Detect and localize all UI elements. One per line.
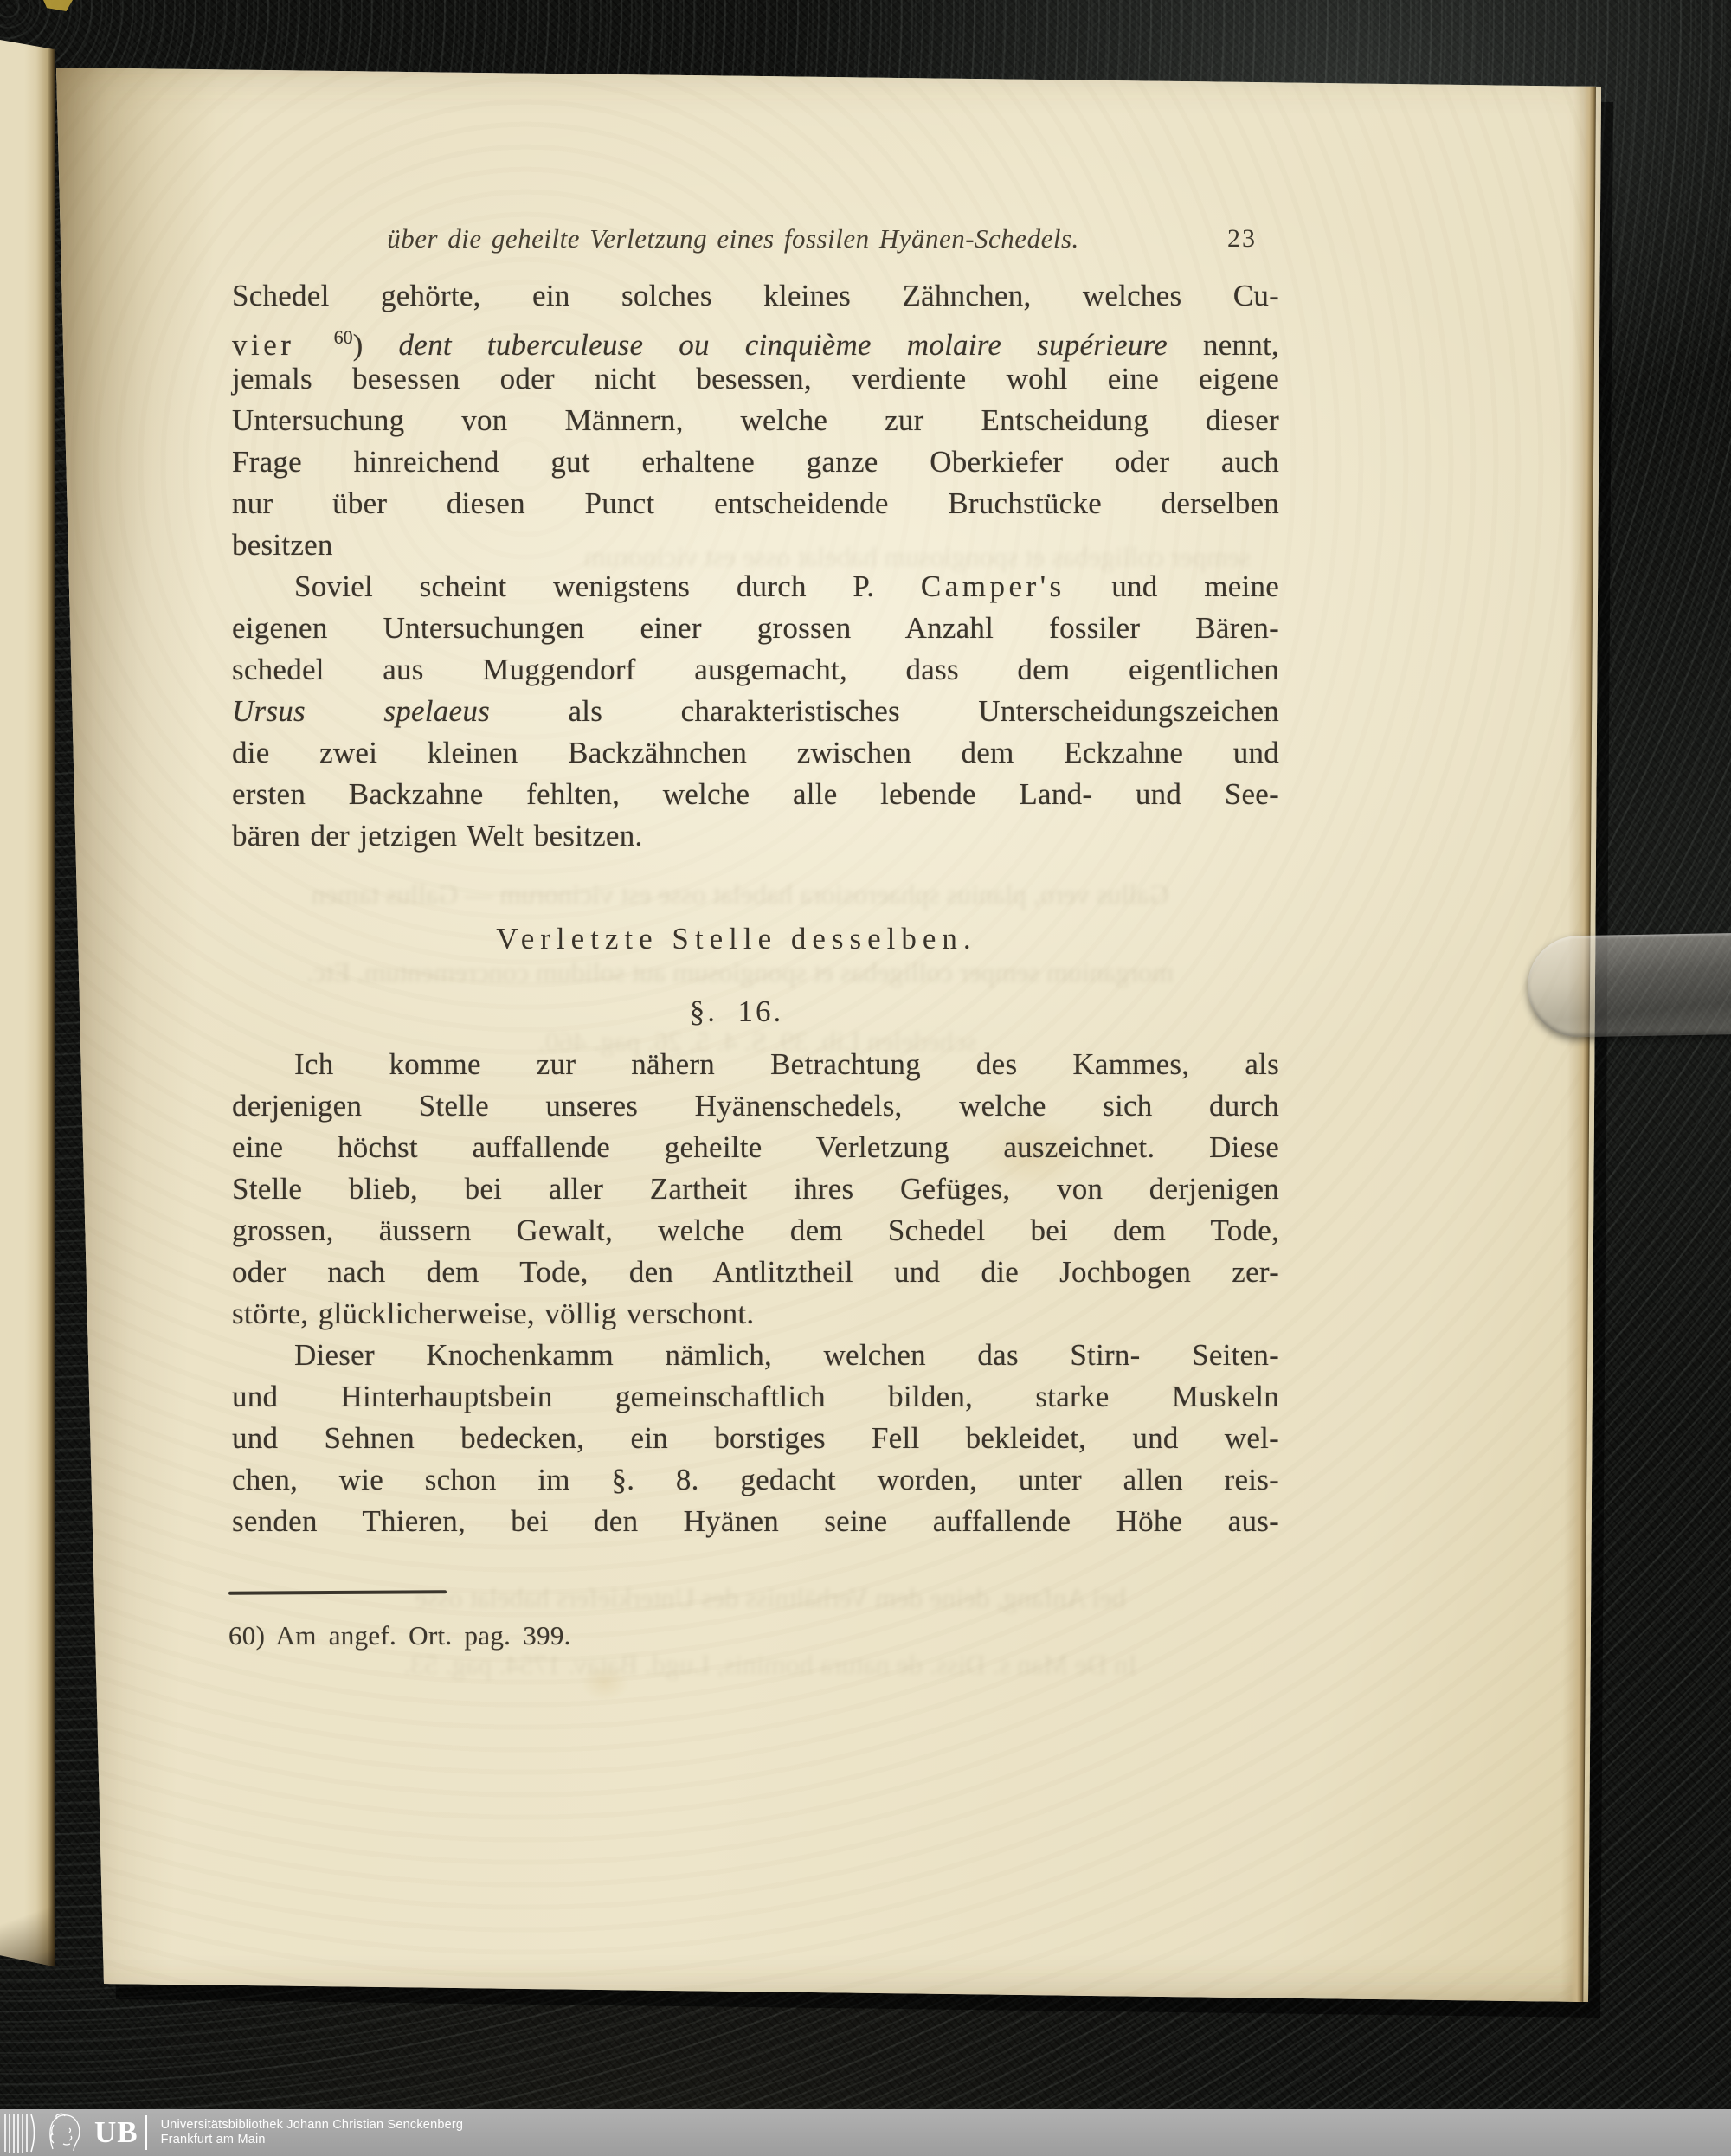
text-line: störte, glücklicherweise, völlig verscho… xyxy=(232,1293,1279,1335)
text-line: die zwei kleinen Backzähnchen zwischen d… xyxy=(232,732,1279,774)
text-line: Soviel scheint wenigstens durch P. Campe… xyxy=(232,566,1279,608)
text-line: Stelle blieb, bei aller Zartheit ihres G… xyxy=(232,1168,1279,1210)
section-heading: Verletzte Stelle desselben. xyxy=(213,918,1260,960)
running-header: über die geheilte Verletzung eines fossi… xyxy=(232,222,1279,256)
text-line: eine höchst auffallende geheilte Verletz… xyxy=(232,1127,1279,1168)
text-line: grossen, äussern Gewalt, welche dem Sche… xyxy=(232,1210,1279,1252)
library-name-line2: Frankfurt am Main xyxy=(161,2133,464,2147)
text-line: jemals besessen oder nicht besessen, ver… xyxy=(232,358,1279,400)
text-line: schedel aus Muggendorf ausgemacht, dass … xyxy=(232,649,1279,691)
bookmark-clip xyxy=(1527,933,1731,1038)
facing-page-edge xyxy=(0,40,55,1979)
book-page: semper colligebas et spongiosum habelat … xyxy=(35,52,1618,2017)
text-line: derjenigen Stelle unseres Hyänenschedels… xyxy=(232,1085,1279,1127)
paragraph: Ich komme zur nähern Betrachtung des Kam… xyxy=(232,1044,1279,1335)
text-line: Ursus spelaeus als charakteristisches Un… xyxy=(232,691,1279,732)
text-line: nur über diesen Punct entscheidende Bruc… xyxy=(232,483,1279,525)
library-name: Universitätsbibliothek Johann Christian … xyxy=(161,2118,464,2147)
senckenberg-portrait-icon xyxy=(50,2114,80,2151)
text-line: bären der jetzigen Welt besitzen. xyxy=(232,815,1279,857)
text-line: und Sehnen bedecken, ein borstiges Fell … xyxy=(232,1418,1279,1459)
library-name-line1: Universitätsbibliothek Johann Christian … xyxy=(161,2118,464,2133)
text-line: senden Thieren, bei den Hyänen seine auf… xyxy=(232,1501,1279,1542)
text-line: eigenen Untersuchungen einer grossen Anz… xyxy=(232,608,1279,649)
text-line: Untersuchung von Männern, welche zur Ent… xyxy=(232,400,1279,441)
logo-divider xyxy=(145,2115,147,2150)
text-line: Ich komme zur nähern Betrachtung des Kam… xyxy=(232,1044,1279,1085)
paragraph: Soviel scheint wenigstens durch P. Campe… xyxy=(232,566,1279,857)
bleedthrough-line: Gallus vero, planius sphaerosiora habela… xyxy=(199,875,1281,913)
text-line: besitzen xyxy=(232,525,1279,566)
page-number: 23 xyxy=(1227,222,1257,256)
library-logo: UB xyxy=(3,2111,161,2154)
text-line: ersten Backzahne fehlten, welche alle le… xyxy=(232,774,1279,815)
bleedthrough-line: bei Anfang, deine dem Verhältniss des Un… xyxy=(260,1579,1281,1617)
scanned-book-spread: semper colligebas et spongiosum habelat … xyxy=(0,0,1731,2156)
library-banner: UB Universitätsbibliothek Johann Christi… xyxy=(0,2109,1731,2156)
yellow-fleck xyxy=(43,0,73,11)
running-header-title: über die geheilte Verletzung eines fossi… xyxy=(387,223,1079,254)
text-line: oder nach dem Tode, den Antlitztheil und… xyxy=(232,1252,1279,1293)
text-line: Frage hinreichend gut erhaltene ganze Ob… xyxy=(232,441,1279,483)
paragraph: Dieser Knochenkamm nämlich, welchen das … xyxy=(232,1335,1279,1542)
text-line: Dieser Knochenkamm nämlich, welchen das … xyxy=(232,1335,1279,1376)
footnote: 60) Am angef. Ort. pag. 399. xyxy=(228,1617,571,1655)
text-line: und Hinterhauptsbein gemeinschaftlich bi… xyxy=(232,1376,1279,1418)
ub-logo-icon xyxy=(3,2111,93,2154)
text-line: chen, wie schon im §. 8. gedacht worden,… xyxy=(232,1459,1279,1501)
text-line: vier 60) dent tuberculeuse ou cinquième … xyxy=(232,317,1279,358)
section-number: §. 16. xyxy=(213,991,1260,1033)
paragraph: Schedel gehörte, ein solches kleines Zäh… xyxy=(232,275,1279,566)
text-line: Schedel gehörte, ein solches kleines Zäh… xyxy=(232,275,1279,317)
ub-logo-text: UB xyxy=(94,2111,138,2154)
